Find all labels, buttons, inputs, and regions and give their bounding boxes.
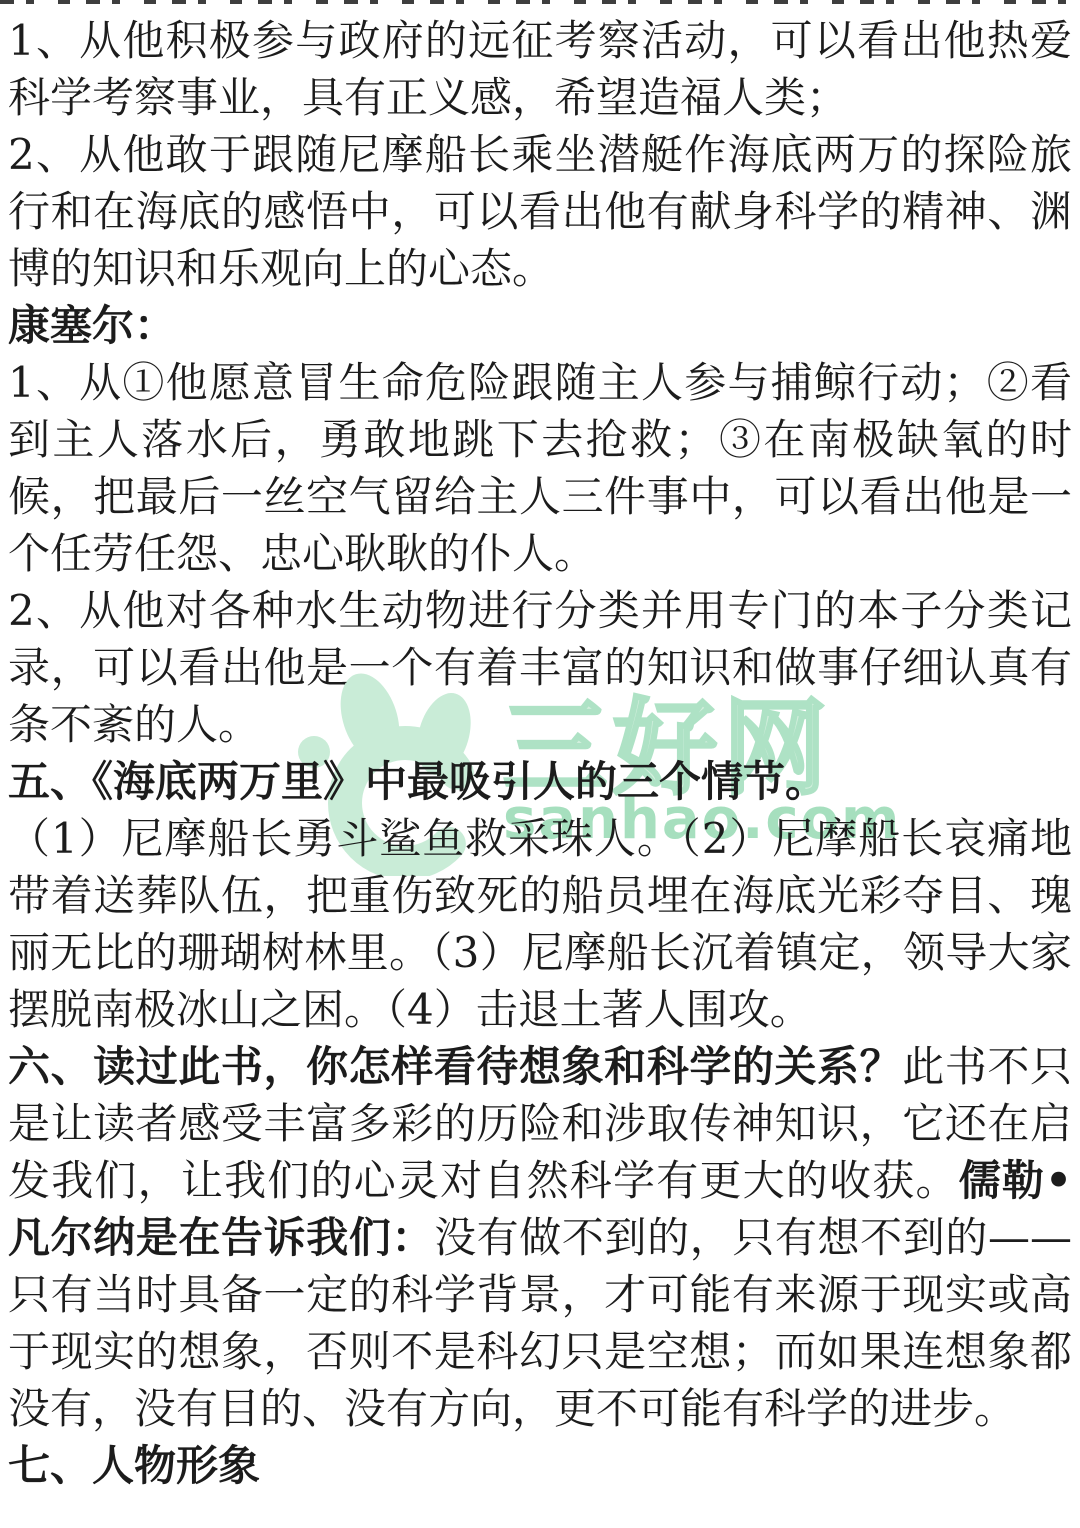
paragraph: 七、人物形象 [8, 1437, 1072, 1494]
paragraph: 2、从他敢于跟随尼摩船长乘坐潜艇作海底两万的探险旅行和在海底的感悟中，可以看出他… [8, 126, 1072, 297]
paragraph: 五、《海底两万里》中最吸引人的三个情节。 [8, 753, 1072, 810]
text-segment: 2、从他对各种水生动物进行分类并用专门的本子分类记录，可以看出他是一个有着丰富的… [8, 586, 1072, 749]
document-content: 1、从他积极参与政府的远征考察活动，可以看出他热爱科学考察事业，具有正义感，希望… [0, 0, 1080, 1494]
bold-text-segment: 七、人物形象 [8, 1441, 260, 1490]
paragraph: 2、从他对各种水生动物进行分类并用专门的本子分类记录，可以看出他是一个有着丰富的… [8, 582, 1072, 753]
bold-text-segment: 六、读过此书，你怎样看待想象和科学的关系？ [8, 1042, 902, 1091]
paragraph: 康塞尔： [8, 297, 1072, 354]
bold-text-segment: 五、《海底两万里》中最吸引人的三个情节。 [8, 757, 827, 806]
paragraphs: 1、从他积极参与政府的远征考察活动，可以看出他热爱科学考察事业，具有正义感，希望… [8, 12, 1072, 1494]
paragraph: 1、从①他愿意冒生命危险跟随主人参与捕鲸行动；②看到主人落水后，勇敢地跳下去抢救… [8, 354, 1072, 582]
text-segment: 2、从他敢于跟随尼摩船长乘坐潜艇作海底两万的探险旅行和在海底的感悟中，可以看出他… [8, 130, 1072, 293]
paragraph: （1）尼摩船长勇斗鲨鱼救采珠人。（2）尼摩船长哀痛地带着送葬队伍，把重伤致死的船… [8, 810, 1072, 1038]
text-segment: 1、从他积极参与政府的远征考察活动，可以看出他热爱科学考察事业，具有正义感，希望… [8, 16, 1072, 122]
bold-text-segment: 康塞尔： [8, 301, 176, 350]
text-segment: （1）尼摩船长勇斗鲨鱼救采珠人。（2）尼摩船长哀痛地带着送葬队伍，把重伤致死的船… [8, 814, 1072, 1034]
paragraph: 1、从他积极参与政府的远征考察活动，可以看出他热爱科学考察事业，具有正义感，希望… [8, 12, 1072, 126]
text-segment: 1、从①他愿意冒生命危险跟随主人参与捕鲸行动；②看到主人落水后，勇敢地跳下去抢救… [8, 358, 1072, 578]
document-page: 三好网 sanhao.com 1、从他积极参与政府的远征考察活动，可以看出他热爱… [0, 0, 1080, 1528]
paragraph: 六、读过此书，你怎样看待想象和科学的关系？此书不只是让读者感受丰富多彩的历险和涉… [8, 1038, 1072, 1437]
